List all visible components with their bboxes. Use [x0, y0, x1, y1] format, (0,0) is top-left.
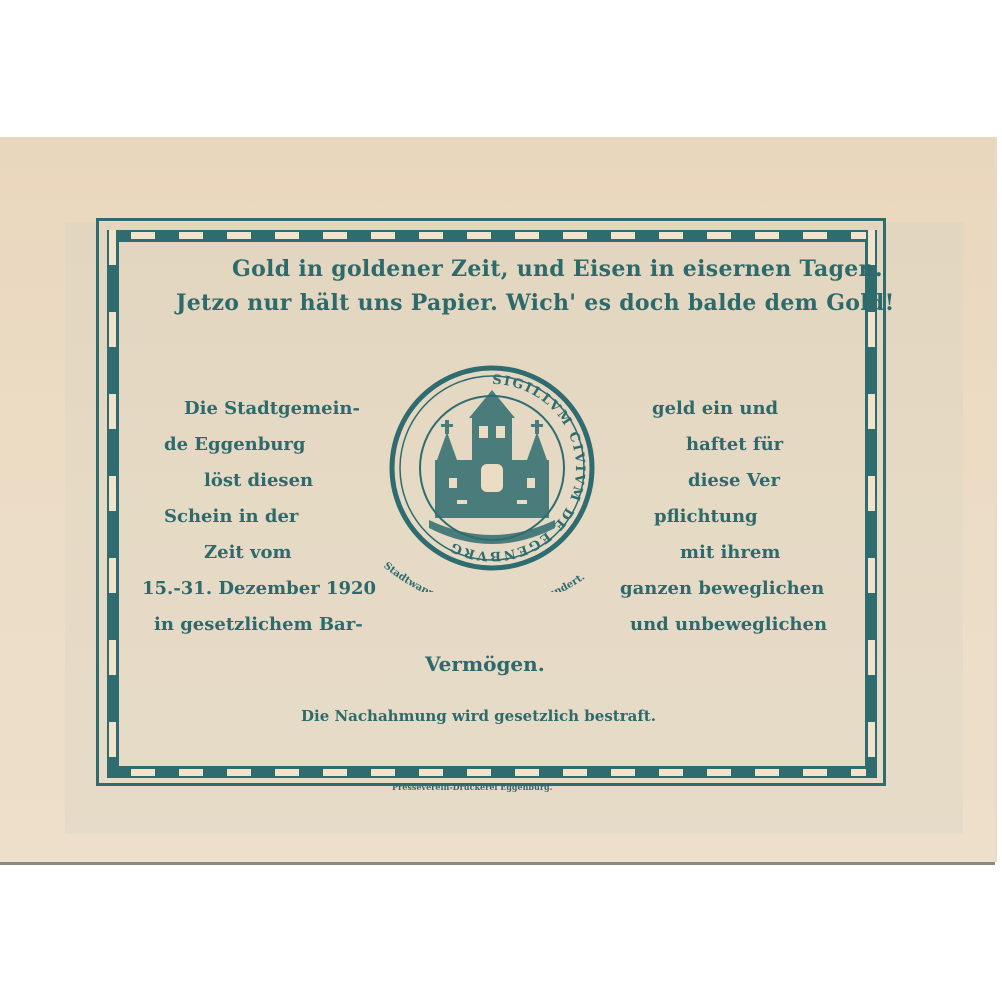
closing-word: Vermögen. — [425, 652, 545, 676]
right-column-line: ganzen beweglichen — [620, 578, 824, 599]
svg-text:Stadtwappen aus dem 13. Jahrhu: Stadtwappen aus dem 13. Jahrhundert. — [381, 560, 587, 592]
right-column-line: haftet für — [686, 434, 783, 455]
left-column-line: löst diesen — [204, 470, 313, 491]
printer-credit: Presseverein-Druckerei Eggenburg. — [392, 782, 552, 792]
left-column-line: in gesetzlichem Bar- — [154, 614, 363, 635]
left-column-line: de Eggenburg — [164, 434, 305, 455]
right-column-line: pflichtung — [654, 506, 758, 527]
left-column-line: Die Stadtgemein- — [184, 398, 360, 419]
left-column-line: 15.-31. Dezember 1920 — [142, 578, 376, 599]
right-column-line: und unbeweglichen — [630, 614, 827, 635]
dashed-border-left — [107, 230, 118, 778]
motto-line-2: Jetzo nur hält uns Papier. Wich' es doch… — [176, 290, 895, 316]
left-column-line: Schein in der — [164, 506, 298, 527]
right-column-line: geld ein und — [652, 398, 778, 419]
counterfeit-warning: Die Nachahmung wird gesetzlich bestraft. — [301, 707, 656, 725]
right-column-line: diese Ver — [688, 470, 780, 491]
motto-line-1: Gold in goldener Zeit, und Eisen in eise… — [232, 256, 883, 282]
left-column-line: Zeit vom — [204, 542, 292, 563]
dashed-border-bottom — [107, 767, 877, 778]
castle-seal-icon: SIGILLVM CIVIVM DE EGENBVRG Stadtwappen … — [357, 360, 627, 592]
dashed-border-top — [107, 230, 877, 241]
right-column-line: mit ihrem — [680, 542, 780, 563]
